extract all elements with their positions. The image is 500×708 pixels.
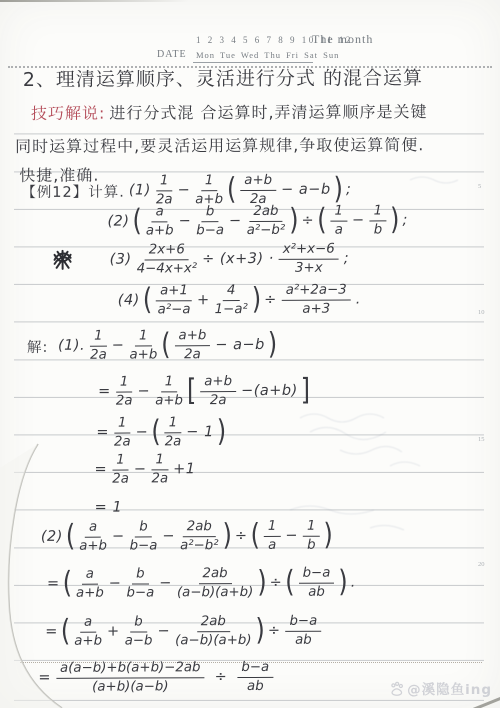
parenthesis: ( <box>317 207 326 234</box>
fraction-denominator: a+b <box>79 537 107 553</box>
ink-scribble <box>52 249 74 271</box>
math-text: ÷ <box>301 213 314 229</box>
math-text: − <box>134 461 147 477</box>
fraction: aa+b <box>146 204 174 238</box>
math-text: ; <box>402 212 407 228</box>
fraction-numerator: b−a <box>237 660 273 677</box>
fraction-denominator: 2a <box>112 470 129 486</box>
fraction-denominator: b−a <box>126 584 154 600</box>
handwritten-text: 进行分式混 合运算时,弄清运算顺序是关键 <box>109 99 427 123</box>
fraction: 2aba²−b² <box>180 519 219 553</box>
fraction-numerator: 1 <box>90 329 107 346</box>
fraction-numerator: b <box>202 204 219 221</box>
fraction-denominator: a+b <box>129 346 157 362</box>
fraction-denominator: a+b <box>155 392 183 408</box>
fraction: 1a <box>264 519 281 553</box>
math-text: . <box>351 575 356 591</box>
fraction: 1b <box>370 204 387 238</box>
fraction-numerator: 1 <box>151 453 168 470</box>
math-text: ÷ <box>209 669 232 685</box>
fraction: bb−a <box>130 520 158 554</box>
fraction: 1a+b <box>129 329 157 363</box>
example-problem-3: (3)2x+64−4x+x²÷ (x+3) ·x²+x−63+x; <box>50 241 352 278</box>
fraction: a+b2a <box>200 374 236 408</box>
fraction-numerator: a <box>85 520 101 537</box>
math-text: . <box>356 292 361 308</box>
parenthesis: ) <box>334 176 343 203</box>
fraction: 41−a² <box>215 283 248 317</box>
fraction-denominator: (a−b)(a+b) <box>175 631 251 648</box>
fraction-numerator: a(a−b)+b(a+b)−2ab <box>56 660 205 678</box>
parenthesis: ) <box>268 331 277 358</box>
fraction: x²+x−63+x <box>279 242 339 276</box>
fraction-numerator: 1 <box>156 173 173 190</box>
fraction-denominator: b−a <box>130 537 158 553</box>
math-text: ÷ (x+3) · <box>202 251 274 267</box>
fraction: 1b <box>303 519 320 553</box>
handwritten-content: 2、理清运算顺序、灵活进行分式 的混合运算技巧解说:进行分式混 合运算时,弄清运… <box>0 0 500 708</box>
math-text: ÷ <box>235 528 248 544</box>
math-text: − <box>352 212 365 228</box>
fraction: b−aab <box>285 614 321 648</box>
math-text: = <box>96 425 109 441</box>
margin-line-number: 10 <box>478 309 485 316</box>
fraction-numerator: b−a <box>299 566 335 583</box>
bracket: [ <box>187 378 196 405</box>
fraction: b−aab <box>237 660 273 694</box>
solution-2-step-4: =a(a−b)+b(a+b)−2ab(a+b)(a−b) ÷ b−aab <box>36 659 276 696</box>
fraction-numerator: 1 <box>330 204 347 221</box>
fraction: 2aba²−b² <box>247 204 286 238</box>
math-text: − <box>178 182 191 198</box>
fraction-numerator: a+b <box>240 173 276 190</box>
math-text: +1 <box>173 461 195 477</box>
math-text: (1) <box>129 182 151 198</box>
fraction-numerator: 2ab <box>183 519 216 536</box>
fraction-denominator: 2a <box>114 433 131 449</box>
fraction: a+b2a <box>174 328 210 362</box>
fraction-denominator: 3+x <box>295 259 323 275</box>
fraction-numerator: a+b <box>174 328 210 345</box>
fraction: ba−b <box>125 615 153 649</box>
fraction: aa+b <box>79 520 107 554</box>
example-problem-2: (2)(aa+b−bb−a−2aba²−b²)÷(1a−1b); <box>105 202 410 239</box>
math-text: (2) <box>107 214 129 230</box>
math-text: − 1 <box>186 424 214 440</box>
math-text: − <box>285 528 298 544</box>
watermark: @溪隐鱼ing <box>389 678 492 698</box>
notebook-page-photo: 1 2 3 4 5 6 7 8 9 10 11 12 The month DAT… <box>0 0 500 708</box>
solution-2-step-2: =(aa+b−bb−a−2ab(a−b)(a+b))÷(b−aab). <box>45 565 358 602</box>
math-text: (1). <box>58 338 85 354</box>
parenthesis: ( <box>250 523 259 550</box>
math-text: − <box>109 576 122 592</box>
math-text: − <box>229 213 242 229</box>
fraction-denominator: b−a <box>196 222 224 238</box>
fraction: 2ab(a−b)(a+b) <box>175 614 252 648</box>
fraction: a(a−b)+b(a+b)−2ab(a+b)(a−b) <box>56 660 205 694</box>
fraction-numerator: a²+2a−3 <box>282 283 351 301</box>
fraction: 12a <box>90 329 107 363</box>
fraction-numerator: a <box>82 567 98 584</box>
fraction-numerator: 1 <box>114 416 131 433</box>
fraction-numerator: 1 <box>165 415 182 432</box>
math-text: − <box>112 529 125 545</box>
math-text: ÷ <box>264 292 277 308</box>
fraction-denominator: a <box>268 536 276 552</box>
math-text: − <box>136 424 149 440</box>
solution-1-step-4: =12a−12a+1 <box>92 451 197 487</box>
fraction-numerator: b−a <box>285 614 321 631</box>
fraction-denominator: 2a <box>116 392 133 408</box>
fraction: aa+b <box>76 567 104 601</box>
fraction-denominator: 2a <box>165 433 182 449</box>
fraction-denominator: a²−b² <box>180 537 219 554</box>
math-text: ÷ <box>268 623 281 639</box>
fraction-numerator: 2ab <box>198 566 231 583</box>
fraction: 12a <box>112 453 129 487</box>
margin-line-number: 15 <box>478 436 485 443</box>
math-text: (3) <box>110 252 132 268</box>
parenthesis: ) <box>223 523 232 550</box>
fraction-denominator: a−b <box>125 632 153 648</box>
parenthesis: ( <box>132 208 141 235</box>
fraction-denominator: a+b <box>74 632 102 648</box>
fraction-denominator: ab <box>295 631 312 647</box>
solution-2-step-1: (2)(aa+b−bb−a−2aba²−b²)÷(1a−1b) <box>39 518 334 555</box>
fraction: 12a <box>151 453 168 487</box>
fraction-denominator: a²−a <box>158 301 191 317</box>
fraction: a+1a²−a <box>156 283 192 317</box>
fraction-numerator: a+1 <box>156 283 192 300</box>
math-text: − <box>112 338 125 354</box>
fraction-denominator: 2a <box>151 470 168 486</box>
fraction-numerator: a+b <box>200 374 236 391</box>
example-problem-4: (4)(a+1a²−a+41−a²)÷a²+2a−3a+3. <box>116 282 363 319</box>
fraction: 1a+b <box>155 374 183 408</box>
parenthesis: ( <box>285 569 294 596</box>
fraction-denominator: ab <box>247 677 264 693</box>
fraction-numerator: a <box>152 205 168 222</box>
fraction-numerator: x²+x−6 <box>279 242 339 260</box>
watermark-text: @溪隐鱼ing <box>407 678 492 698</box>
fraction-numerator: b <box>132 567 149 584</box>
fraction-denominator: 4−4x+x² <box>137 260 197 277</box>
math-text: ; <box>346 182 351 198</box>
math-text: − <box>137 383 150 399</box>
handwritten-text: 2、理清运算顺序、灵活进行分式 的混合运算 <box>23 63 423 92</box>
fraction-numerator: 1 <box>112 453 129 470</box>
parenthesis: ( <box>63 570 72 597</box>
title-line: 2、理清运算顺序、灵活进行分式 的混合运算 <box>21 63 425 92</box>
math-text: = <box>94 462 107 478</box>
handwritten-text: 【例12】计算. <box>21 180 125 201</box>
math-text: ; <box>344 251 349 267</box>
math-text: = 1 <box>95 500 123 516</box>
solution-1-step-1: 解: (1).12a−1a+b(a+b2a− a−b) <box>25 327 278 364</box>
math-text: + <box>197 292 210 308</box>
handwritten-text: 解: <box>27 335 54 356</box>
math-text: − a−b <box>281 182 331 198</box>
fraction-denominator: 2a <box>90 346 107 362</box>
parenthesis: ( <box>151 419 160 446</box>
fraction-denominator: ab <box>308 583 325 599</box>
fraction-denominator: 2a <box>210 392 227 408</box>
parenthesis: ) <box>257 569 266 596</box>
fraction-numerator: 4 <box>223 283 240 300</box>
parenthesis: ) <box>390 207 399 234</box>
highlight-text: 技巧解说: <box>31 101 106 124</box>
math-text: − <box>157 623 170 639</box>
fraction-numerator: b <box>135 520 152 537</box>
parenthesis: ) <box>252 286 261 313</box>
paw-icon <box>389 681 404 696</box>
math-text: − <box>159 575 172 591</box>
math-text: − <box>162 528 175 544</box>
math-text: = <box>45 624 58 640</box>
math-text: = <box>47 576 60 592</box>
solution-1-step-2: =12a−1a+b[a+b2a−(a+b)] <box>96 373 311 410</box>
fraction: 2x+64−4x+x² <box>137 242 198 276</box>
fraction: a+b2a <box>240 173 276 207</box>
fraction-denominator: 1−a² <box>215 301 248 317</box>
parenthesis: ( <box>143 287 152 314</box>
parenthesis: ) <box>338 569 347 596</box>
margin-line-number: 20 <box>478 561 485 568</box>
parenthesis: ) <box>289 207 298 234</box>
fraction-numerator: 2ab <box>197 614 230 631</box>
bracket: ] <box>301 377 310 404</box>
parenthesis: ( <box>66 523 75 550</box>
math-text: = <box>38 670 51 686</box>
parenthesis: ( <box>161 332 170 359</box>
math-text: ÷ <box>270 575 283 591</box>
solution-2-step-3: =(aa+b+ba−b−2ab(a−b)(a+b))÷b−aab <box>43 613 324 650</box>
parenthesis: ) <box>323 522 332 549</box>
parenthesis: ( <box>61 618 70 645</box>
math-text: −(a+b) <box>241 383 298 399</box>
fraction-numerator: 2x+6 <box>145 242 189 260</box>
fraction: 2ab(a−b)(a+b) <box>177 566 254 600</box>
math-text: − a−b <box>215 337 265 353</box>
fraction-numerator: 1 <box>264 519 281 536</box>
fraction-numerator: 2ab <box>249 204 282 221</box>
fraction-numerator: 1 <box>135 329 152 346</box>
fraction-denominator: a+b <box>76 584 104 600</box>
fraction-denominator: b <box>374 221 383 237</box>
math-text: (4) <box>118 292 140 308</box>
tip-line-1: 技巧解说:进行分式混 合运算时,弄清运算顺序是关键 <box>29 99 430 124</box>
solution-1-step-3: =12a−(12a− 1) <box>94 414 227 451</box>
fraction: bb−a <box>126 567 154 601</box>
fraction: a²+2a−3a+3 <box>282 283 351 317</box>
fraction-denominator: a+b <box>146 222 174 238</box>
math-text: = <box>98 384 111 400</box>
math-text: (2) <box>41 529 63 545</box>
fraction-denominator: a+3 <box>302 300 330 316</box>
margin-line-number: 5 <box>478 183 481 190</box>
math-text: − <box>179 213 192 229</box>
handwritten-text: 同时运算过程中,要灵活运用运算规律,争取使运算简便. <box>15 132 424 157</box>
fraction: 12a <box>116 375 133 409</box>
fraction: b−aab <box>299 566 335 600</box>
fraction-denominator: (a+b)(a−b) <box>92 678 168 695</box>
fraction-denominator: b <box>307 536 316 552</box>
fraction-numerator: 1 <box>370 204 387 221</box>
fraction-denominator: (a−b)(a+b) <box>177 583 253 600</box>
fraction: 12a <box>165 415 182 449</box>
parenthesis: ) <box>255 617 264 644</box>
fraction-numerator: 1 <box>201 173 218 190</box>
fraction: aa+b <box>74 615 102 649</box>
fraction-numerator: 1 <box>161 374 178 391</box>
parenthesis: ( <box>227 177 236 204</box>
fraction-numerator: 1 <box>303 519 320 536</box>
parenthesis: ) <box>217 419 226 446</box>
fraction: 1a+b <box>195 173 223 207</box>
fraction: 12a <box>114 416 131 450</box>
fraction-denominator: 2a <box>184 346 201 362</box>
fraction-denominator: a <box>335 221 343 237</box>
fraction-numerator: 1 <box>116 375 133 392</box>
fraction-numerator: b <box>130 615 147 632</box>
fraction: bb−a <box>196 204 224 238</box>
fraction-denominator: a²−b² <box>247 221 286 238</box>
math-text: + <box>107 624 120 640</box>
fraction: 1a <box>330 204 347 238</box>
tip-line-2: 同时运算过程中,要灵活运用运算规律,争取使运算简便. <box>13 132 426 157</box>
fraction-numerator: a <box>80 615 96 632</box>
fraction: 12a <box>156 173 173 207</box>
